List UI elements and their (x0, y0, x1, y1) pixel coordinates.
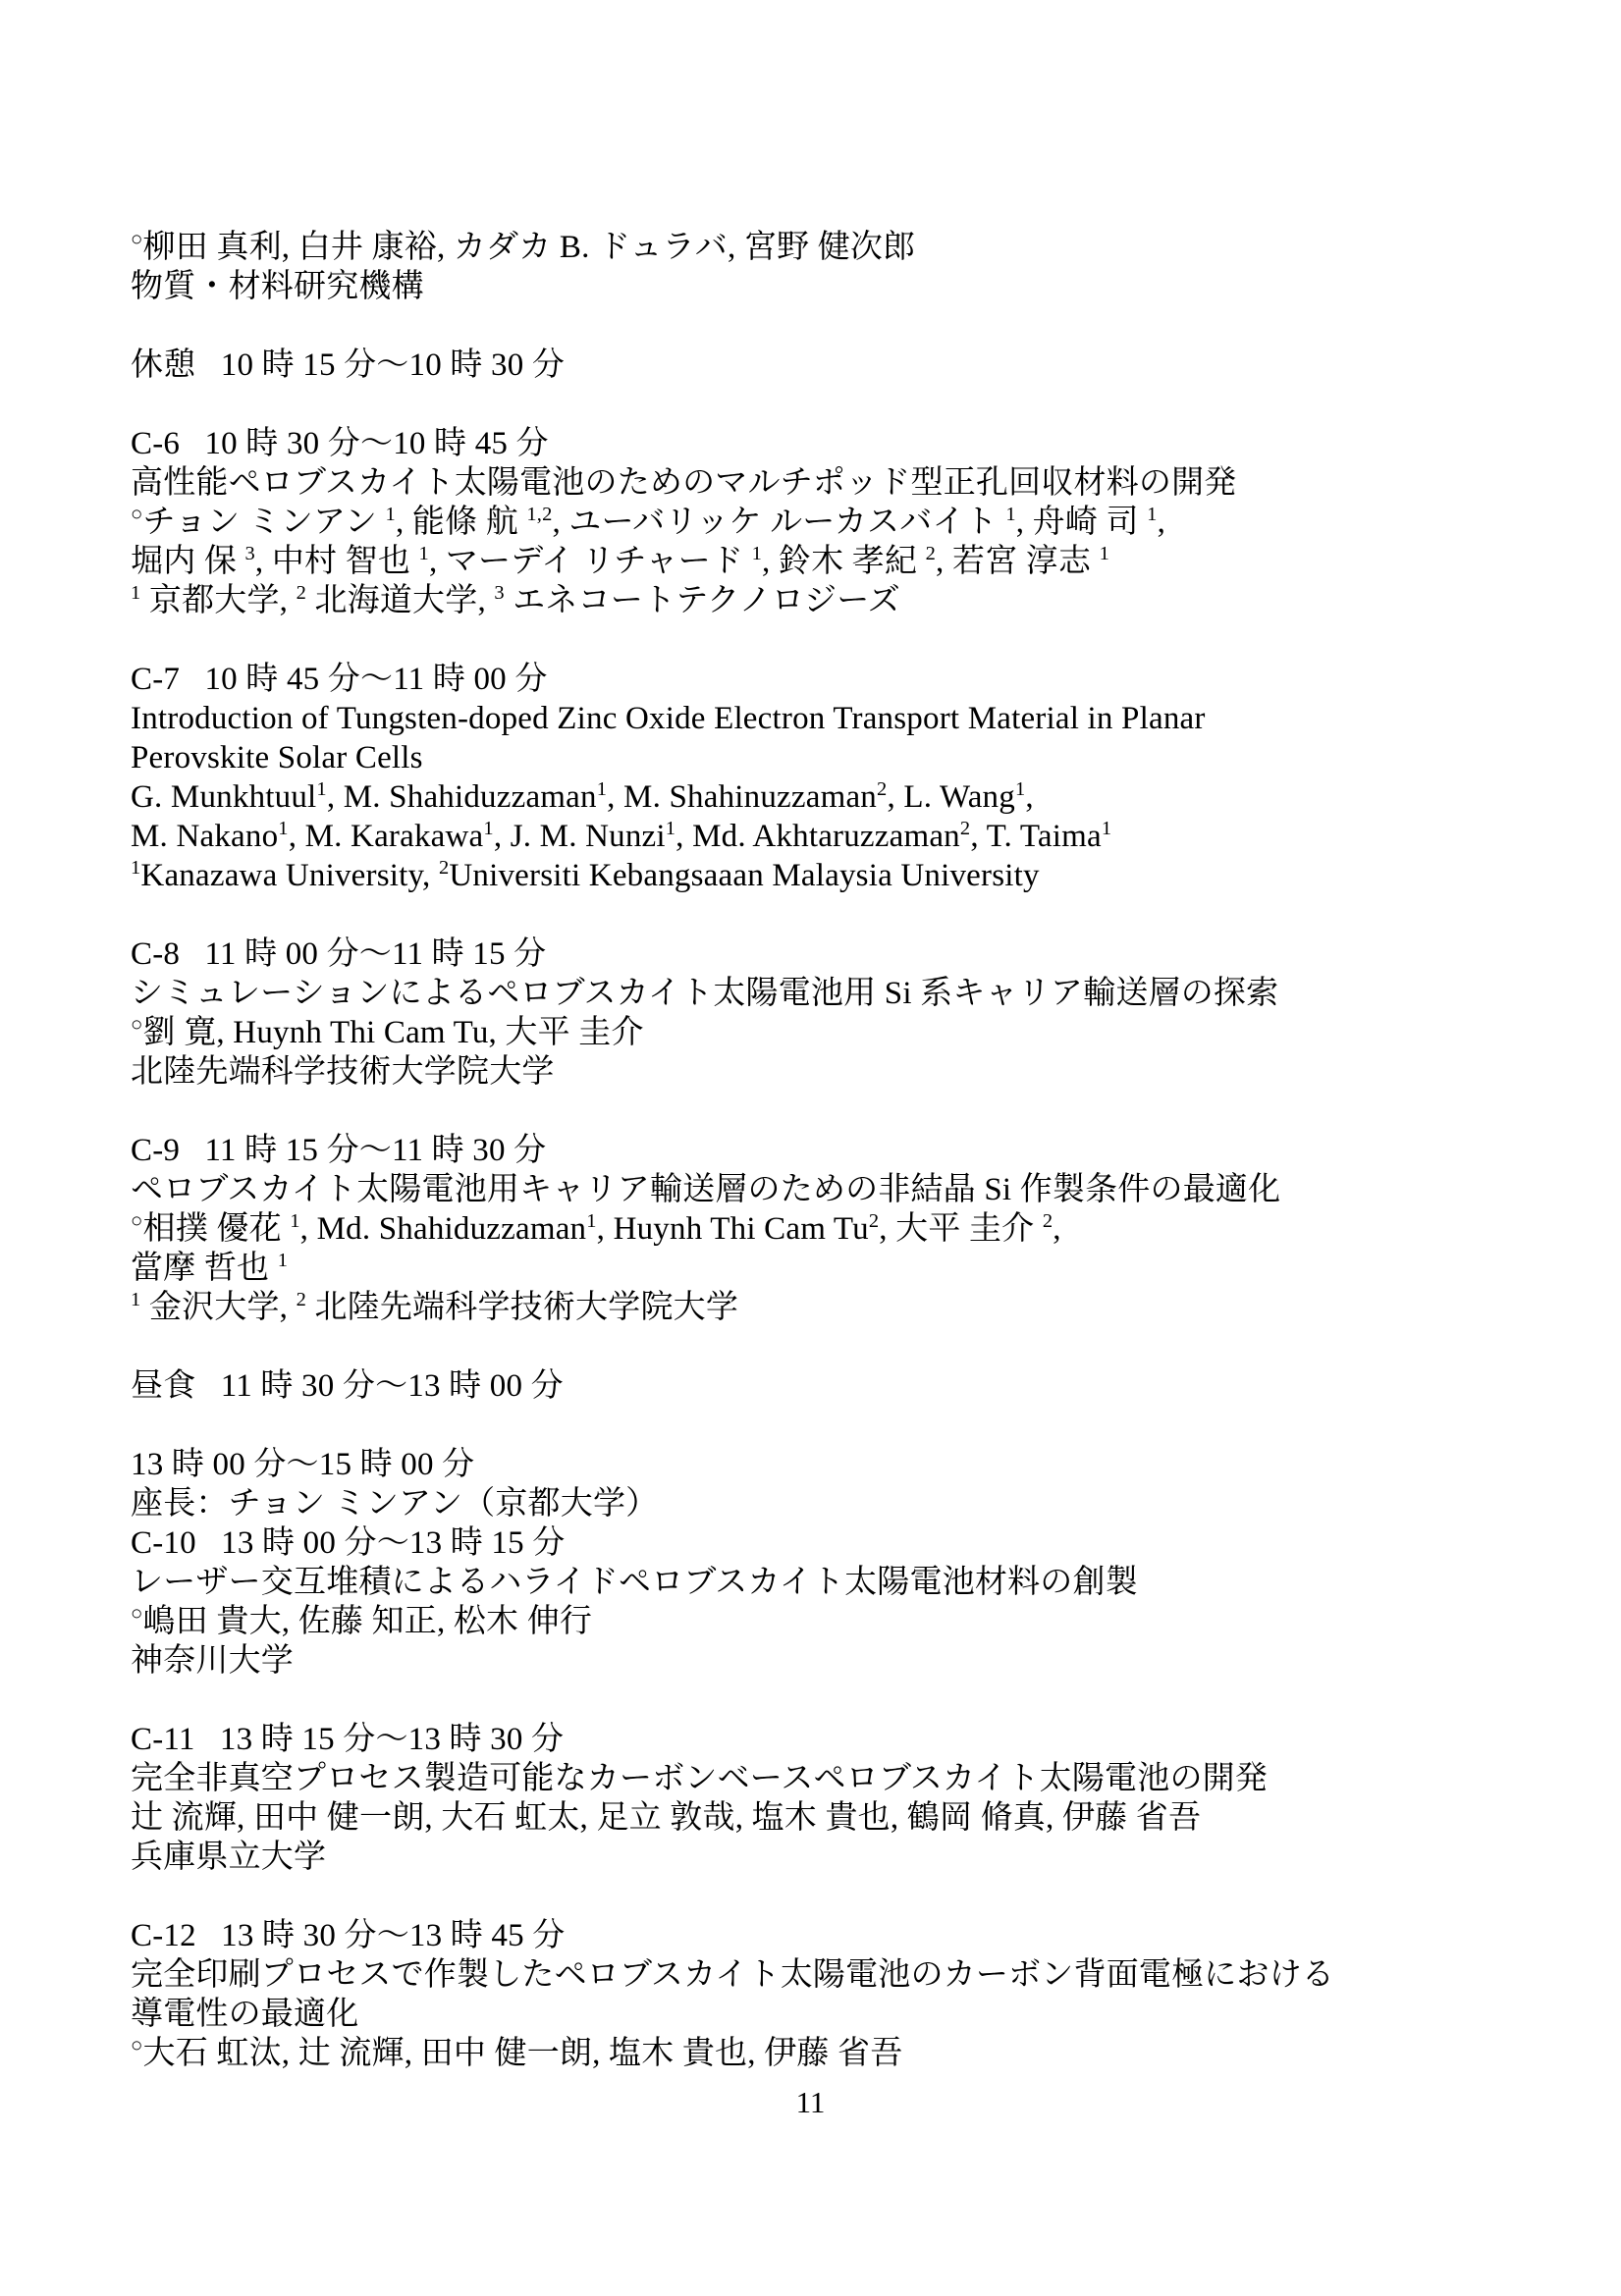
superscript: 1 (131, 582, 140, 604)
superscript: 2 (297, 582, 306, 604)
superscript: 1 (1100, 543, 1109, 564)
page-number: 11 (796, 2085, 826, 2119)
program-block-afternoon-session-and-talk-c10: 13 時 00 分～15 時 00 分座長：チョン ミンアン（京都大学）C-10… (131, 1445, 1582, 1681)
superscript: 1 (483, 818, 493, 839)
program-block-talk-c11: C-11 13 時 15 分～13 時 30 分完全非真空プロセス製造可能なカー… (131, 1720, 1582, 1877)
program-line: 導電性の最適化 (131, 1995, 1582, 2034)
superscript: 1 (131, 1289, 140, 1310)
superscript: 1 (386, 504, 396, 525)
superscript: 2 (439, 857, 449, 879)
superscript: 1 (290, 1210, 299, 1232)
program-line: 1 京都大学, 2 北海道大学, 3 エネコートテクノロジーズ (131, 581, 1582, 620)
superscript: 1 (278, 1250, 288, 1271)
program-block-talk-c6: C-6 10 時 30 分～10 時 45 分高性能ペロブスカイト太陽電池のため… (131, 424, 1582, 620)
superscript: 2 (1043, 1210, 1053, 1232)
program-line: ペロブスカイト太陽電池用キャリア輸送層のための非結晶 Si 作製条件の最適化 (131, 1170, 1582, 1209)
program-line: M. Nakano1, M. Karakawa1, J. M. Nunzi1, … (131, 817, 1582, 856)
superscript: 3 (245, 543, 255, 564)
superscript: 1 (586, 1210, 596, 1232)
program-line: 當摩 哲也 1 (131, 1249, 1582, 1288)
program-line: C-7 10 時 45 分～11 時 00 分 (131, 660, 1582, 699)
superscript: 1 (1147, 504, 1157, 525)
program-line: 北陸先端科学技術大学院大学 (131, 1052, 1582, 1092)
superscript: 1 (597, 778, 607, 800)
program-content: ○柳田 真利, 白井 康裕, カダカ B. ドュラバ, 宮野 健次郎物質・材料研… (131, 228, 1582, 2073)
document-page: ○柳田 真利, 白井 康裕, カダカ B. ドュラバ, 宮野 健次郎物質・材料研… (0, 0, 1621, 2296)
superscript: ○ (131, 504, 143, 525)
program-line: C-10 13 時 00 分～13 時 15 分 (131, 1523, 1582, 1563)
superscript: 1 (316, 778, 326, 800)
program-line: C-8 11 時 00 分～11 時 15 分 (131, 934, 1582, 974)
program-line: 座長：チョン ミンアン（京都大学） (131, 1484, 1582, 1523)
program-block-break-session: 休憩 10 時 15 分～10 時 30 分 (131, 346, 1582, 385)
program-line: ○大石 虹汰, 辻 流輝, 田中 健一朗, 塩木 貴也, 伊藤 省吾 (131, 2034, 1582, 2073)
superscript: 1 (1005, 504, 1015, 525)
superscript: 2 (877, 778, 887, 800)
superscript: 1 (278, 818, 288, 839)
program-line: レーザー交互堆積によるハライドペロブスカイト太陽電池材料の創製 (131, 1563, 1582, 1602)
superscript: 1 (666, 818, 675, 839)
program-line: 休憩 10 時 15 分～10 時 30 分 (131, 346, 1582, 385)
program-line: ○嶋田 貴大, 佐藤 知正, 松木 伸行 (131, 1602, 1582, 1641)
superscript: ○ (131, 1603, 143, 1625)
program-line: 完全印刷プロセスで作製したペロブスカイト太陽電池のカーボン背面電極における (131, 1955, 1582, 1995)
superscript: 3 (494, 582, 504, 604)
program-block-lunch-session: 昼食 11 時 30 分～13 時 00 分 (131, 1366, 1582, 1406)
program-line: 堀内 保 3, 中村 智也 1, マーデイ リチャード 1, 鈴木 孝紀 2, … (131, 542, 1582, 581)
superscript: 1 (419, 543, 429, 564)
program-line: C-11 13 時 15 分～13 時 30 分 (131, 1720, 1582, 1759)
superscript: 2 (297, 1289, 306, 1310)
program-line: C-9 11 時 15 分～11 時 30 分 (131, 1131, 1582, 1170)
program-line: ○相撲 優花 1, Md. Shahiduzzaman1, Huynh Thi … (131, 1209, 1582, 1249)
program-line: 辻 流輝, 田中 健一朗, 大石 虹太, 足立 敦哉, 塩木 貴也, 鶴岡 脩真… (131, 1798, 1582, 1838)
program-line: G. Munkhtuul1, M. Shahiduzzaman1, M. Sha… (131, 777, 1582, 817)
program-line: 兵庫県立大学 (131, 1838, 1582, 1877)
superscript: 1 (131, 857, 140, 879)
superscript: ○ (131, 229, 143, 250)
program-line: 神奈川大学 (131, 1641, 1582, 1681)
program-block-carryover-authors-affiliation: ○柳田 真利, 白井 康裕, カダカ B. ドュラバ, 宮野 健次郎物質・材料研… (131, 228, 1582, 306)
program-line: Perovskite Solar Cells (131, 738, 1582, 777)
program-line: C-12 13 時 30 分～13 時 45 分 (131, 1916, 1582, 1955)
program-line: 1Kanazawa University, 2Universiti Kebang… (131, 856, 1582, 895)
superscript: 2 (869, 1210, 879, 1232)
program-block-talk-c8: C-8 11 時 00 分～11 時 15 分シミュレーションによるペロブスカイ… (131, 934, 1582, 1092)
program-line: 昼食 11 時 30 分～13 時 00 分 (131, 1366, 1582, 1406)
program-line: シミュレーションによるペロブスカイト太陽電池用 Si 系キャリア輸送層の探索 (131, 974, 1582, 1013)
superscript: ○ (131, 2035, 143, 2056)
program-line: C-6 10 時 30 分～10 時 45 分 (131, 424, 1582, 463)
program-block-talk-c7: C-7 10 時 45 分～11 時 00 分Introduction of T… (131, 660, 1582, 895)
program-block-talk-c9: C-9 11 時 15 分～11 時 30 分ペロブスカイト太陽電池用キャリア輸… (131, 1131, 1582, 1327)
program-block-talk-c12: C-12 13 時 30 分～13 時 45 分完全印刷プロセスで作製したペロブ… (131, 1916, 1582, 2073)
program-line: ○柳田 真利, 白井 康裕, カダカ B. ドュラバ, 宮野 健次郎 (131, 228, 1582, 267)
program-line: 1 金沢大学, 2 北陸先端科学技術大学院大学 (131, 1288, 1582, 1327)
superscript: ○ (131, 1210, 143, 1232)
superscript: 2 (960, 818, 970, 839)
program-line: 完全非真空プロセス製造可能なカーボンベースペロブスカイト太陽電池の開発 (131, 1759, 1582, 1798)
superscript: 1 (1015, 778, 1025, 800)
superscript: ○ (131, 1014, 143, 1036)
program-line: 13 時 00 分～15 時 00 分 (131, 1445, 1582, 1484)
program-line: ○チョン ミンアン 1, 能條 航 1,2, ユーバリッケ ルーカスバイト 1,… (131, 503, 1582, 542)
page-footer: 11 (0, 2083, 1621, 2122)
superscript: 2 (926, 543, 936, 564)
program-line: 物質・材料研究機構 (131, 267, 1582, 306)
program-line: ○劉 寛, Huynh Thi Cam Tu, 大平 圭介 (131, 1013, 1582, 1052)
superscript: 1,2 (526, 504, 552, 525)
superscript: 1 (752, 543, 762, 564)
program-line: 高性能ペロブスカイト太陽電池のためのマルチポッド型正孔回収材料の開発 (131, 463, 1582, 503)
superscript: 1 (1102, 818, 1111, 839)
program-line: Introduction of Tungsten-doped Zinc Oxid… (131, 699, 1582, 738)
